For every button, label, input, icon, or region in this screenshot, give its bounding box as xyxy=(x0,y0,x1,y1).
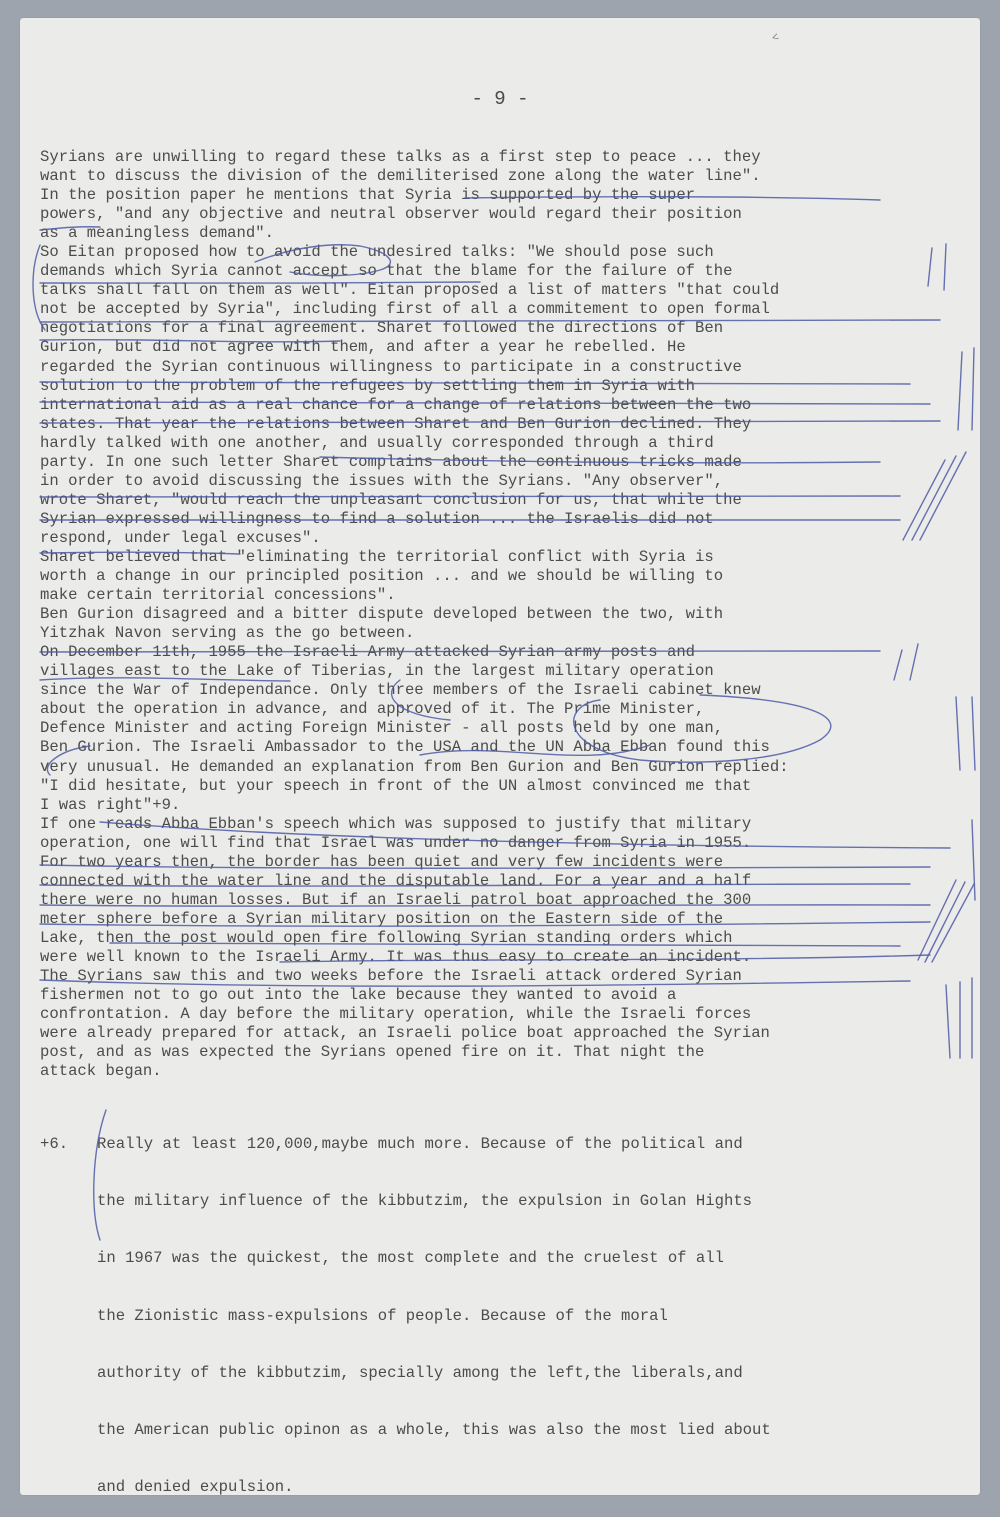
body-line: Defence Minister and acting Foreign Mini… xyxy=(40,719,789,738)
body-line: powers, "and any objective and neutral o… xyxy=(40,205,789,224)
body-line: since the War of Independance. Only thre… xyxy=(40,681,789,700)
body-line: there were no human losses. But if an Is… xyxy=(40,891,789,910)
body-line: talks shall fall on them as well". Eitan… xyxy=(40,281,789,300)
body-line: Gurion, but did not agree with them, and… xyxy=(40,338,789,357)
body-line: Ben Gurion disagreed and a bitter disput… xyxy=(40,605,789,624)
body-line: Lake, then the post would open fire foll… xyxy=(40,929,789,948)
body-line: post, and as was expected the Syrians op… xyxy=(40,1043,789,1062)
body-line: as a meaningless demand". xyxy=(40,224,789,243)
body-line: negotiations for a final agreement. Shar… xyxy=(40,319,789,338)
body-line: meter sphere before a Syrian military po… xyxy=(40,910,789,929)
body-line: attack began. xyxy=(40,1062,789,1081)
body-line: want to discuss the division of the demi… xyxy=(40,167,789,186)
body-line: Sharet believed that "eliminating the te… xyxy=(40,548,789,567)
body-line: On December 11th, 1955 the Israeli Army … xyxy=(40,643,789,662)
body-line: wrote Sharet, "would reach the unpleasan… xyxy=(40,491,789,510)
footnote-line: the Zionistic mass-expulsions of people.… xyxy=(97,1307,668,1325)
footnote-line: the military influence of the kibbutzim,… xyxy=(97,1192,752,1210)
body-line: make certain territorial concessions". xyxy=(40,586,789,605)
body-line: The Syrians saw this and two weeks befor… xyxy=(40,967,789,986)
body-line: villages east to the Lake of Tiberias, i… xyxy=(40,662,789,681)
body-line: If one reads Abba Ebban's speech which w… xyxy=(40,815,789,834)
body-line: fishermen not to go out into the lake be… xyxy=(40,986,789,1005)
body-line: In the position paper he mentions that S… xyxy=(40,186,789,205)
footnote-line: authority of the kibbutzim, specially am… xyxy=(97,1364,743,1382)
body-line: very unusual. He demanded an explanation… xyxy=(40,758,789,777)
body-line: confrontation. A day before the military… xyxy=(40,1005,789,1024)
body-line: not be accepted by Syria", including fir… xyxy=(40,300,789,319)
body-text: Syrians are unwilling to regard these ta… xyxy=(40,148,789,1081)
body-line: in order to avoid discussing the issues … xyxy=(40,472,789,491)
body-line: So Eitan proposed how to avoid the undes… xyxy=(40,243,789,262)
body-line: about the operation in advance, and appr… xyxy=(40,700,789,719)
body-line: Syrian expressed willingness to find a s… xyxy=(40,510,789,529)
body-line: I was right"+9. xyxy=(40,796,789,815)
body-line: states. That year the relations between … xyxy=(40,415,789,434)
body-line: demands which Syria cannot accept so tha… xyxy=(40,262,789,281)
body-line: connected with the water line and the di… xyxy=(40,872,789,891)
body-line: Yitzhak Navon serving as the go between. xyxy=(40,624,789,643)
body-line: worth a change in our principled positio… xyxy=(40,567,789,586)
body-line: were already prepared for attack, an Isr… xyxy=(40,1024,789,1043)
footnote-line: Really at least 120,000,maybe much more.… xyxy=(97,1135,743,1153)
footnote: +6.Really at least 120,000,maybe much mo… xyxy=(40,1097,771,1516)
body-line: regarded the Syrian continuous willingne… xyxy=(40,358,789,377)
body-line: were well known to the Israeli Army. It … xyxy=(40,948,789,967)
footnote-marker: +6. xyxy=(40,1135,97,1154)
body-line: hardly talked with one another, and usua… xyxy=(40,434,789,453)
body-line: Syrians are unwilling to regard these ta… xyxy=(40,148,789,167)
body-line: solution to the problem of the refugees … xyxy=(40,377,789,396)
footnote-line: the American public opinon as a whole, t… xyxy=(97,1421,771,1439)
body-line: "I did hesitate, but your speech in fron… xyxy=(40,777,789,796)
body-line: Ben Gurion. The Israeli Ambassador to th… xyxy=(40,738,789,757)
body-line: For two years then, the border has been … xyxy=(40,853,789,872)
body-line: party. In one such letter Sharet complai… xyxy=(40,453,789,472)
body-line: respond, under legal excuses". xyxy=(40,529,789,548)
body-line: operation, one will find that Israel was… xyxy=(40,834,789,853)
footnote-line: and denied expulsion. xyxy=(97,1478,294,1496)
page-number: - 9 - xyxy=(0,88,1000,110)
body-line: international aid as a real chance for a… xyxy=(40,396,789,415)
footnote-line: in 1967 was the quickest, the most compl… xyxy=(97,1249,724,1267)
